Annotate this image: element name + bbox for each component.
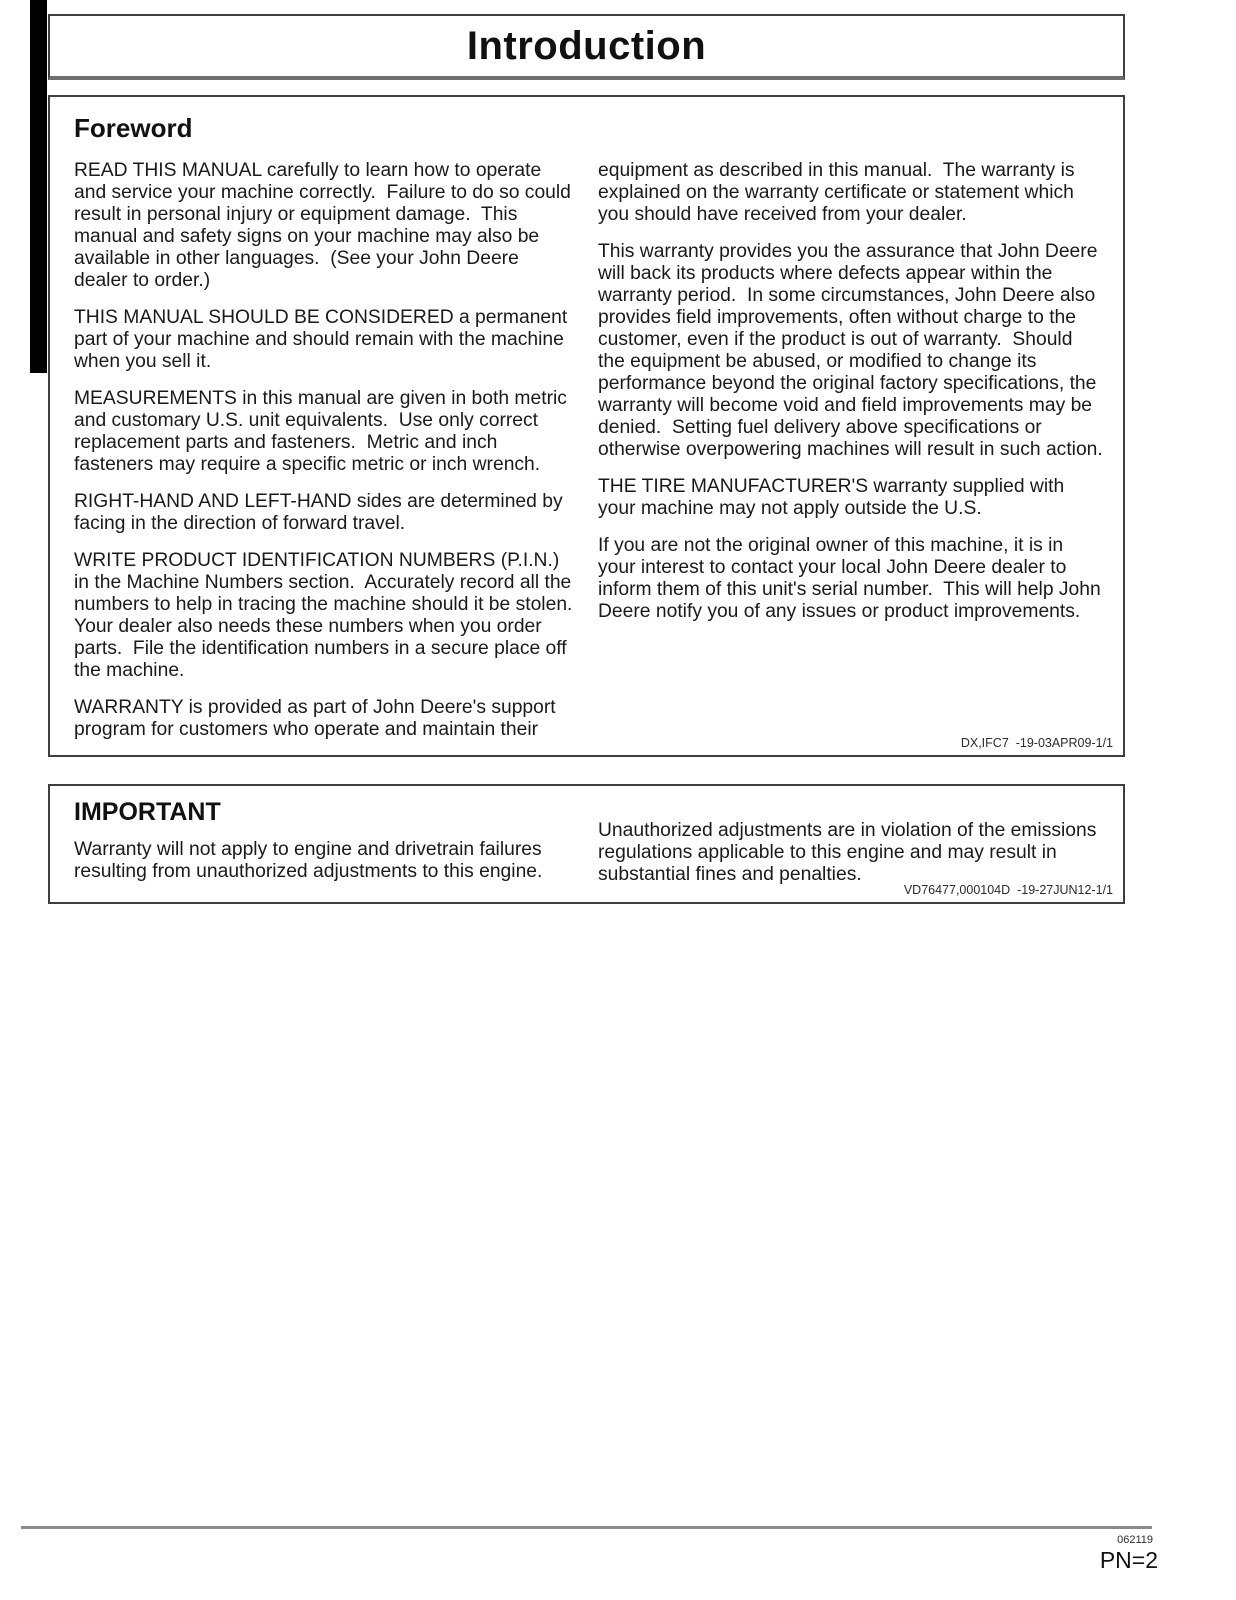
foreword-section: Foreword READ THIS MANUAL carefully to l… (48, 95, 1125, 757)
foreword-paragraph: RIGHT-HAND AND LEFT-HAND sides are deter… (74, 491, 577, 535)
page-header: Introduction (48, 14, 1125, 80)
foreword-paragraph: WRITE PRODUCT IDENTIFICATION NUMBERS (P.… (74, 550, 577, 682)
important-paragraph: Unauthorized adjustments are in violatio… (598, 820, 1106, 886)
foreword-left-column: READ THIS MANUAL carefully to learn how … (74, 160, 577, 756)
foreword-paragraph: equipment as described in this manual. T… (598, 160, 1103, 226)
foreword-paragraph: WARRANTY is provided as part of John Dee… (74, 697, 577, 741)
footer-print-code: 062119 (0, 1534, 1153, 1546)
important-left-column: IMPORTANT Warranty will not apply to eng… (74, 796, 577, 901)
important-reference-code: VD76477,000104D -19-27JUN12-1/1 (904, 883, 1113, 897)
foreword-heading: Foreword (74, 113, 1109, 144)
foreword-paragraph: THIS MANUAL SHOULD BE CONSIDERED a perma… (74, 307, 577, 373)
important-paragraph: Warranty will not apply to engine and dr… (74, 839, 577, 883)
foreword-paragraph: If you are not the original owner of thi… (598, 535, 1103, 623)
foreword-paragraph: MEASUREMENTS in this manual are given in… (74, 388, 577, 476)
page-number: PN=2 (0, 1547, 1158, 1574)
foreword-paragraph: This warranty provides you the assurance… (598, 241, 1103, 461)
foreword-columns: READ THIS MANUAL carefully to learn how … (74, 160, 1109, 756)
page-title: Introduction (467, 24, 706, 69)
foreword-reference-code: DX,IFC7 -19-03APR09-1/1 (961, 736, 1113, 750)
important-section: IMPORTANT Warranty will not apply to eng… (48, 784, 1125, 904)
important-heading: IMPORTANT (74, 798, 577, 827)
foreword-paragraph: READ THIS MANUAL carefully to learn how … (74, 160, 577, 292)
section-edge-tab (30, 0, 47, 373)
footer-divider (21, 1526, 1152, 1529)
foreword-right-column: equipment as described in this manual. T… (598, 160, 1103, 756)
foreword-paragraph: THE TIRE MANUFACTURER'S warranty supplie… (598, 476, 1103, 520)
